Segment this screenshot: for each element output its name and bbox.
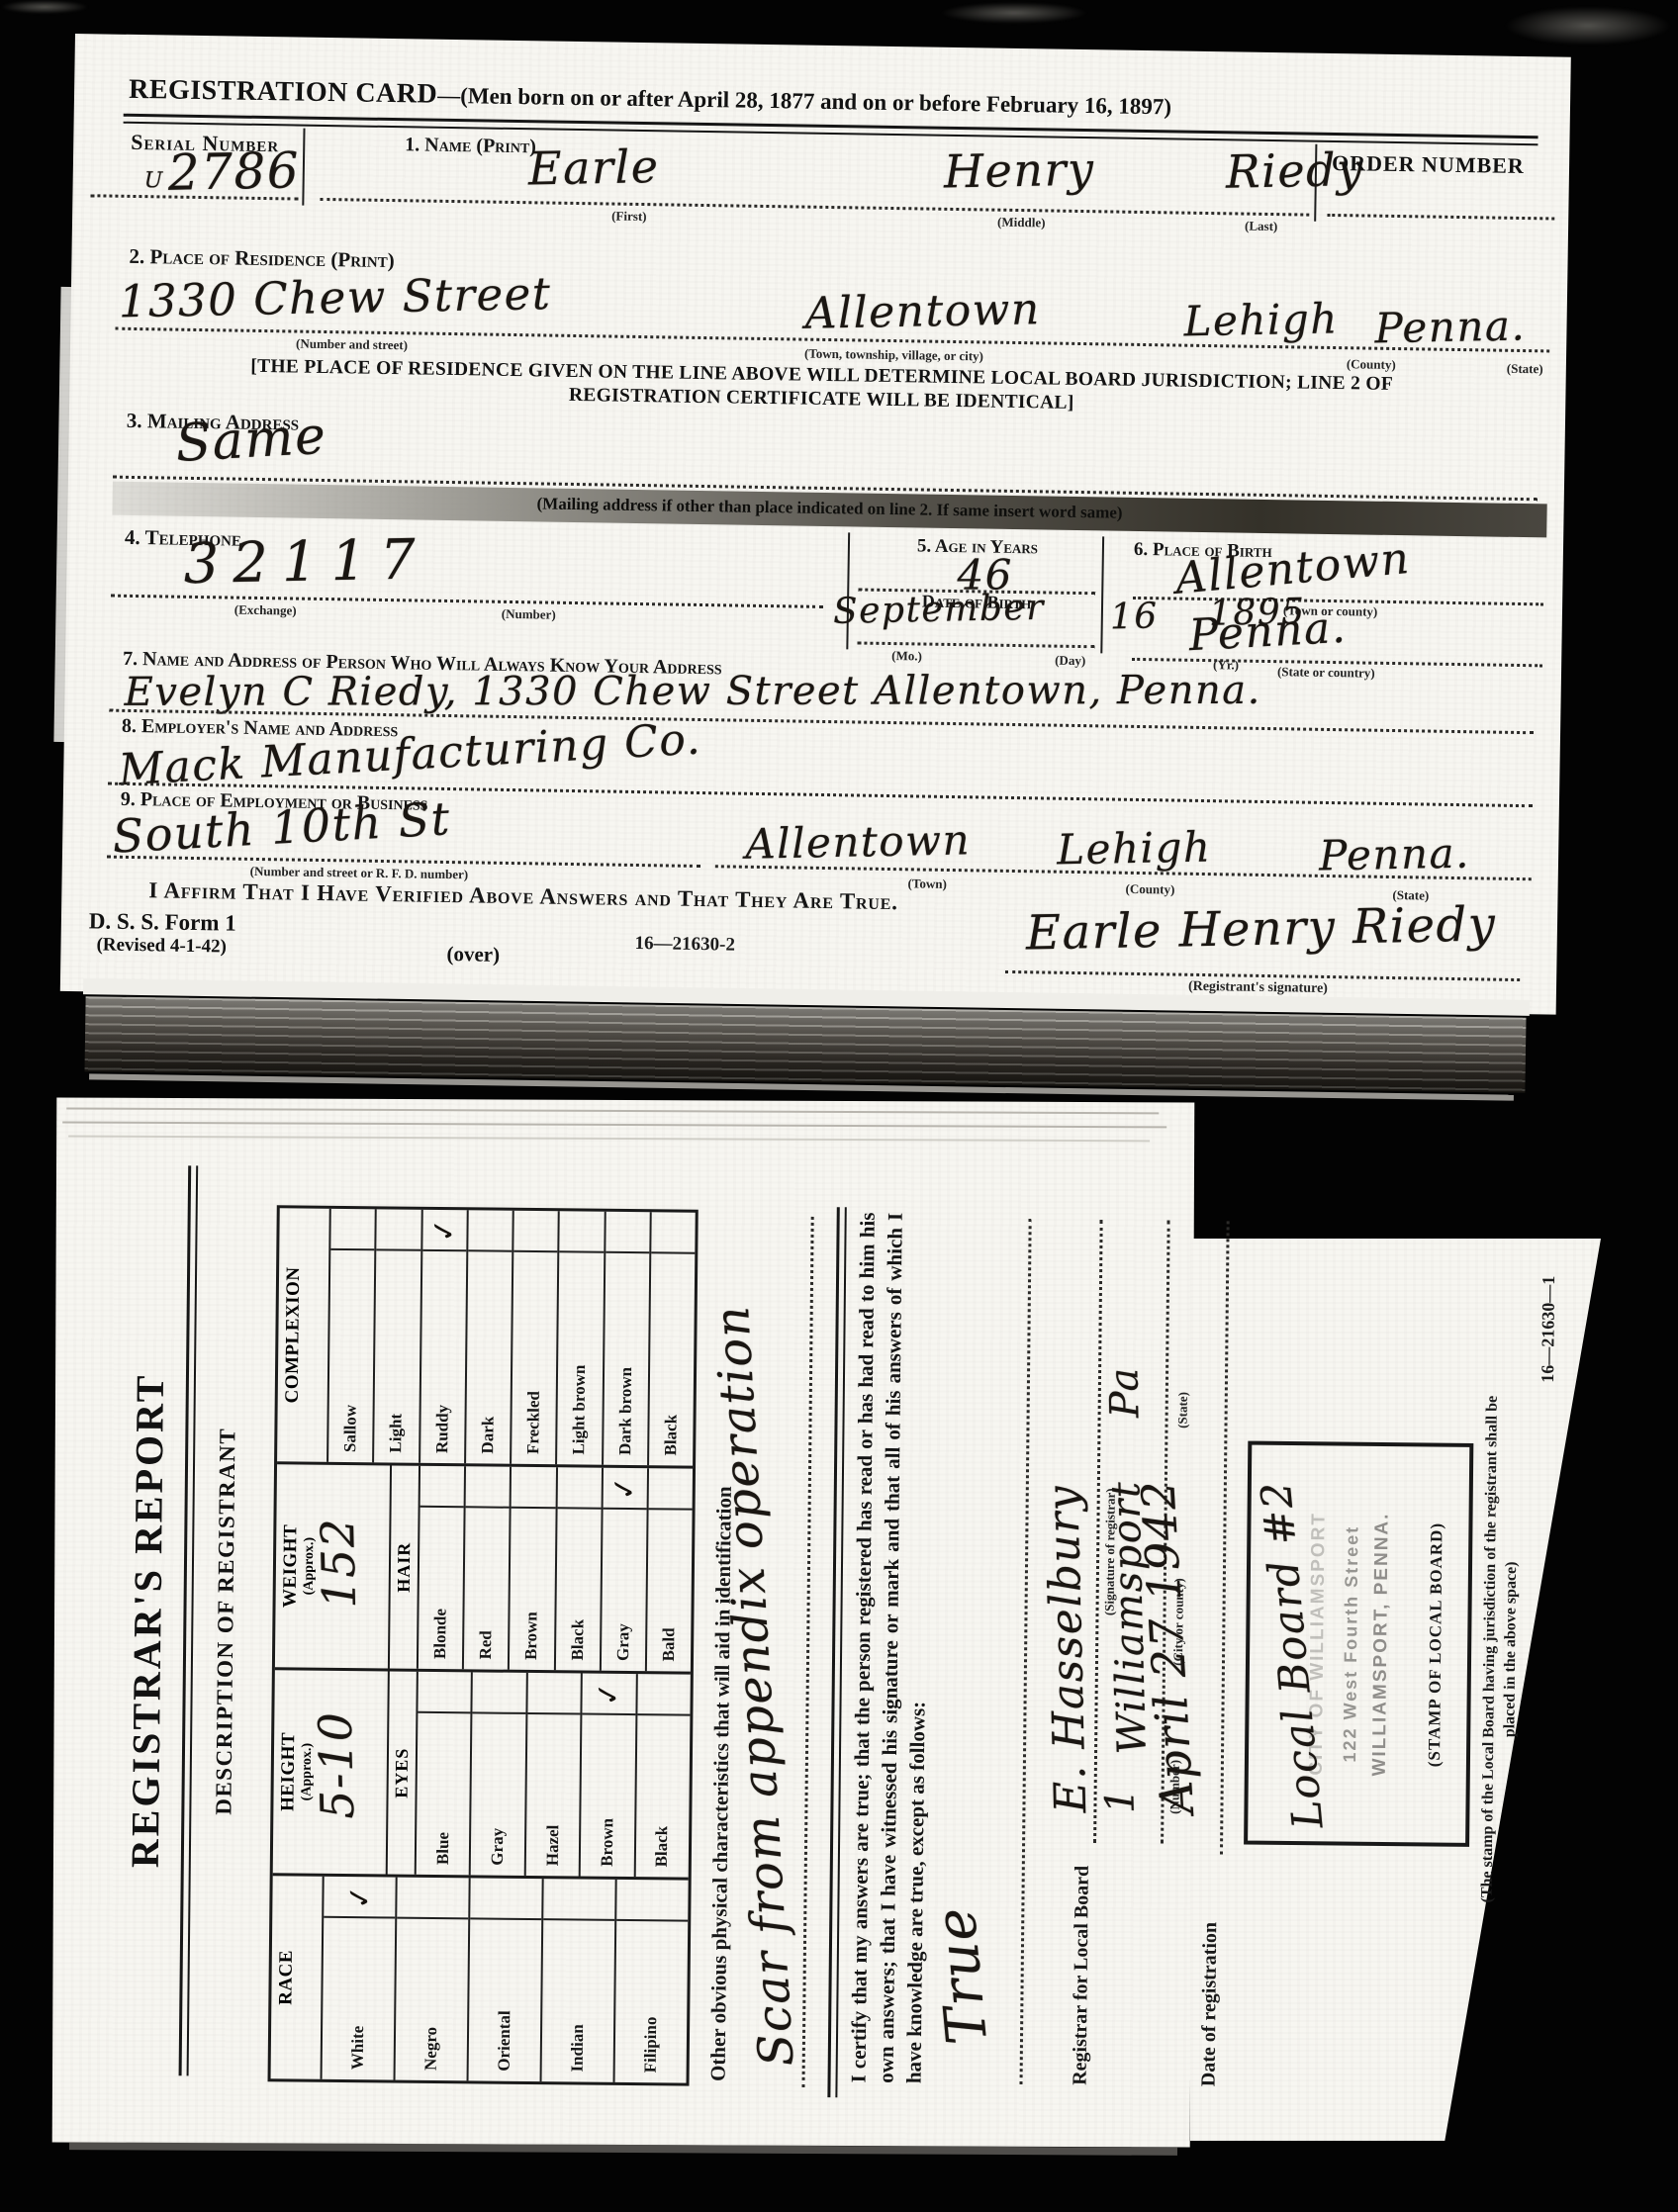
height-value: 5-10 xyxy=(309,1710,365,1820)
registrar-signature: E. Hasselbury xyxy=(1038,1484,1096,1813)
weight-hair-column: WEIGHT (Approx.) 152 HAIR Blonde Red Bro… xyxy=(275,1461,693,1671)
complexion-ruddy-checkbox: ✓ xyxy=(422,1210,467,1251)
weight-value: 152 xyxy=(311,1517,366,1610)
race-row-negro: Negro xyxy=(396,1878,471,2081)
employment-state: Penna. xyxy=(1319,829,1471,880)
name-sub-first: (First) xyxy=(611,209,647,226)
serial-number-value: U 2786 xyxy=(143,141,300,201)
registrant-signature: Earle Henry Riedy xyxy=(1025,896,1496,961)
employment-sub-town: (Town) xyxy=(907,876,947,892)
registration-date-line xyxy=(1220,1221,1230,1854)
card-title-lead: REGISTRATION CARD xyxy=(129,74,438,110)
complexion-option-label: Dark xyxy=(478,1251,500,1463)
race-column: RACE White ✓ Negro Oriental Indian xyxy=(271,1873,689,2082)
scanned-draft-card-page: REGISTRATION CARD—(Men born on or after … xyxy=(0,0,1678,2212)
race-row-oriental: Oriental xyxy=(469,1878,544,2081)
complexion-option-label: Ruddy xyxy=(432,1251,454,1463)
affirmation: I Affirm That I Have Verified Above Answ… xyxy=(148,877,898,915)
race-oriental-checkbox xyxy=(470,1878,541,1920)
complexion-row-dark: Dark xyxy=(466,1210,514,1463)
telephone-value: 32117 xyxy=(183,527,429,597)
eyes-option-label: Blue xyxy=(432,1713,454,1875)
stamp-caption: (STAMP OF LOCAL BOARD) xyxy=(1424,1446,1447,1842)
complexion-option-label: Light xyxy=(386,1250,408,1462)
eyes-row-brown: Brown ✓ xyxy=(581,1674,638,1878)
height-eyes-column: HEIGHT (Approx.) 5-10 EYES Blue Gray Haz… xyxy=(273,1667,691,1877)
employment-county: Lehigh xyxy=(1057,822,1212,874)
dob-sub-month: (Mo.) xyxy=(891,648,922,664)
weight-value-zone: 152 xyxy=(325,1465,390,1669)
stamp-street-line: 122 West Fourth Street xyxy=(1339,1446,1363,1842)
registrar-sub-state: (State) xyxy=(1174,1392,1190,1429)
divider xyxy=(302,129,305,206)
hair-row-gray: Gray ✓ xyxy=(602,1468,649,1671)
mailing-value: Same xyxy=(174,407,328,474)
card-title-rest: —(Men born on or after April 28, 1877 an… xyxy=(437,83,1171,120)
hair-brown-checkbox xyxy=(512,1467,556,1509)
certification-line xyxy=(1020,1219,1032,2084)
hair-row-bald: Bald xyxy=(647,1468,693,1671)
race-row-indian: Indian xyxy=(542,1879,617,2082)
complexion-dark-checkbox xyxy=(468,1210,513,1251)
residence-sub-town: (Town, township, village, or city) xyxy=(804,346,983,365)
name-sub-last: (Last) xyxy=(1245,219,1277,235)
print-code-back: 16—21630—1 xyxy=(1538,1276,1559,1383)
serial-prefix: U xyxy=(143,168,163,193)
race-filipino-checkbox xyxy=(616,1880,688,1922)
certification-rule xyxy=(827,1207,846,2097)
complexion-header: COMPLEXION xyxy=(277,1208,331,1462)
divider xyxy=(1100,536,1104,653)
dob-day: 16 xyxy=(1109,596,1159,637)
eyes-header: EYES xyxy=(386,1671,419,1874)
complexion-option-label: Freckled xyxy=(523,1252,545,1464)
check-mark: ✓ xyxy=(341,1882,379,1910)
hair-option-label: Brown xyxy=(521,1509,543,1670)
hair-header: HAIR xyxy=(388,1465,420,1668)
residence-label: 2. Place of Residence (Print) xyxy=(129,244,395,273)
complexion-freckled-checkbox xyxy=(513,1211,558,1252)
eyes-row-black: Black xyxy=(635,1674,691,1878)
card-title: REGISTRATION CARD—(Men born on or after … xyxy=(129,74,1171,123)
serial-value: 2786 xyxy=(167,141,300,202)
race-row-filipino: Filipino xyxy=(615,1880,689,2083)
form-id: D. S. S. Form 1 xyxy=(89,908,236,936)
complexion-row-dark-brown: Dark brown xyxy=(604,1212,652,1465)
telephone-sub-exchange: (Exchange) xyxy=(234,602,297,619)
name-middle: Henry xyxy=(943,142,1094,199)
hair-black-checkbox xyxy=(557,1467,602,1509)
complexion-row-light: Light xyxy=(374,1209,422,1462)
scan-noise xyxy=(0,0,89,14)
hair-row-red: Red xyxy=(464,1466,512,1669)
employment-town: Allentown xyxy=(745,815,972,868)
complexion-header-label: COMPLEXION xyxy=(282,1266,304,1403)
order-number-line xyxy=(1327,214,1554,221)
race-option-label: White xyxy=(348,1918,370,2079)
complexion-column: COMPLEXION Sallow Light Ruddy ✓ Dark xyxy=(277,1208,696,1465)
race-negro-checkbox xyxy=(397,1878,468,1920)
residence-sub-county: (County) xyxy=(1347,356,1396,373)
registration-card-front: REGISTRATION CARD—(Men born on or after … xyxy=(60,34,1571,1015)
race-option-label: Oriental xyxy=(495,1920,516,2081)
hair-gray-checkbox: ✓ xyxy=(603,1468,647,1510)
complexion-row-light-brown: Light brown xyxy=(557,1211,606,1464)
hair-bald-checkbox xyxy=(648,1468,693,1510)
jurisdiction-note: [THE PLACE OF RESIDENCE GIVEN ON THE LIN… xyxy=(188,354,1455,421)
complexion-dark-brown-checkbox xyxy=(606,1212,650,1253)
complexion-row-sallow: Sallow xyxy=(328,1209,377,1462)
stamp-state-line: WILLIAMSPORT, PENNA. xyxy=(1368,1446,1394,1842)
residence-sub-state: (State) xyxy=(1507,361,1543,378)
residence-sub-street: (Number and street) xyxy=(296,336,408,354)
hair-option-label: Red xyxy=(476,1508,498,1669)
eyes-black-checkbox xyxy=(637,1674,691,1716)
registrar-number-value: 1 xyxy=(1097,1787,1144,1814)
dob-year: 1895 xyxy=(1209,592,1306,634)
hair-option-label: Gray xyxy=(613,1510,635,1671)
check-mark: ✓ xyxy=(591,1679,628,1707)
eyes-option-label: Black xyxy=(652,1715,674,1877)
registrar-label: Registrar for Local Board xyxy=(1070,1866,1094,2085)
eyes-row-blue: Blue xyxy=(417,1672,474,1876)
certification-response: True xyxy=(923,1903,1000,2047)
eyes-gray-checkbox xyxy=(473,1672,526,1714)
pob-sub-state: (State or country) xyxy=(1277,664,1375,682)
employment-sub-county: (County) xyxy=(1125,881,1174,898)
registration-date-value: April 27 1942 xyxy=(1131,1478,1204,1815)
race-white-checkbox: ✓ xyxy=(324,1877,395,1919)
eyes-hazel-checkbox xyxy=(527,1673,581,1715)
height-value-zone: 5-10 xyxy=(323,1671,388,1875)
dob-month: September xyxy=(833,588,1046,632)
check-mark: ✓ xyxy=(425,1215,463,1244)
eyes-option-label: Hazel xyxy=(542,1714,564,1876)
name-line xyxy=(320,198,1309,217)
title-rule xyxy=(124,114,1538,145)
race-indian-checkbox xyxy=(543,1879,614,1921)
weight-header-label: WEIGHT xyxy=(279,1464,303,1667)
complexion-option-label: Dark brown xyxy=(615,1253,637,1465)
name-first: Earle xyxy=(527,139,659,196)
stamp-note: (The stamp of the Local Board having jur… xyxy=(1476,1372,1524,1926)
complexion-row-freckled: Freckled xyxy=(512,1211,560,1464)
name-sub-middle: (Middle) xyxy=(997,215,1046,231)
hair-row-blonde: Blonde xyxy=(419,1466,466,1669)
check-mark: ✓ xyxy=(606,1473,644,1502)
eyes-blue-checkbox xyxy=(418,1672,471,1714)
registration-date-label: Date of registration xyxy=(1198,1922,1223,2086)
description-table: RACE White ✓ Negro Oriental Indian xyxy=(268,1205,699,2085)
registrar-report-content: REGISTRAR'S REPORT DESCRIPTION OF REGIST… xyxy=(57,1110,1612,2145)
hair-red-checkbox xyxy=(466,1466,511,1508)
complexion-light-checkbox xyxy=(377,1209,421,1250)
complexion-row-black: Black xyxy=(649,1212,696,1465)
eyes-brown-checkbox: ✓ xyxy=(583,1674,636,1716)
residence-street: 1330 Chew Street xyxy=(118,267,551,327)
residence-town: Allentown xyxy=(804,284,1041,339)
telephone-line xyxy=(111,595,823,608)
eyes-row-hazel: Hazel xyxy=(526,1673,584,1877)
report-title: REGISTRAR'S REPORT xyxy=(119,1111,176,2130)
eyes-row-gray: Gray xyxy=(471,1672,528,1876)
hair-option-label: Blonde xyxy=(430,1508,452,1669)
race-option-label: Filipino xyxy=(641,1921,663,2082)
complexion-option-label: Sallow xyxy=(340,1250,362,1462)
hair-row-brown: Brown xyxy=(510,1467,557,1670)
report-subtitle: DESCRIPTION OF REGISTRANT xyxy=(208,1112,244,2131)
characteristics-line xyxy=(801,1217,813,2087)
complexion-black-checkbox xyxy=(651,1212,696,1253)
name-label: 1. Name (Print) xyxy=(405,134,536,158)
hair-blonde-checkbox xyxy=(420,1466,465,1508)
complexion-option-label: Black xyxy=(661,1253,683,1465)
complexion-light-brown-checkbox xyxy=(560,1211,605,1252)
race-row-white: White ✓ xyxy=(323,1877,398,2080)
residence-state: Penna. xyxy=(1374,301,1527,352)
complexion-row-ruddy: Ruddy ✓ xyxy=(420,1210,469,1463)
print-code-front: 16—21630-2 xyxy=(634,933,735,957)
hair-row-black: Black xyxy=(555,1467,603,1670)
contact-value: Evelyn C Riedy, 1330 Chew Street Allento… xyxy=(125,668,1261,715)
race-header: RACE xyxy=(271,1876,325,2079)
eyes-option-label: Gray xyxy=(488,1714,510,1876)
eyes-option-label: Brown xyxy=(598,1715,619,1877)
hair-option-label: Bald xyxy=(659,1510,681,1671)
report-title-rule xyxy=(179,1165,199,2075)
certification-text: I certify that my answers are true; that… xyxy=(845,1212,937,2083)
residence-county: Lehigh xyxy=(1183,294,1339,345)
telephone-sub-number: (Number) xyxy=(502,606,556,623)
dob-sub-day: (Day) xyxy=(1055,653,1085,669)
height-header-label: HEIGHT xyxy=(277,1670,301,1873)
race-option-label: Negro xyxy=(421,1919,443,2080)
registrar-state-value: Pa xyxy=(1101,1366,1148,1419)
over-note: (over) xyxy=(446,942,500,968)
race-header-label: RACE xyxy=(275,1950,297,2005)
local-board-stamp-box: Local Board #2 CITY OF WILLIAMSPORT 122 … xyxy=(1244,1441,1473,1847)
scan-noise xyxy=(940,2,1088,24)
complexion-option-label: Light brown xyxy=(569,1252,591,1464)
scan-noise xyxy=(1504,6,1672,46)
complexion-sallow-checkbox xyxy=(330,1209,375,1250)
order-number-label: ORDER NUMBER xyxy=(1332,150,1525,179)
race-option-label: Indian xyxy=(568,1920,590,2081)
form-revision: (Revised 4-1-42) xyxy=(96,934,227,958)
hair-option-label: Black xyxy=(567,1509,589,1670)
